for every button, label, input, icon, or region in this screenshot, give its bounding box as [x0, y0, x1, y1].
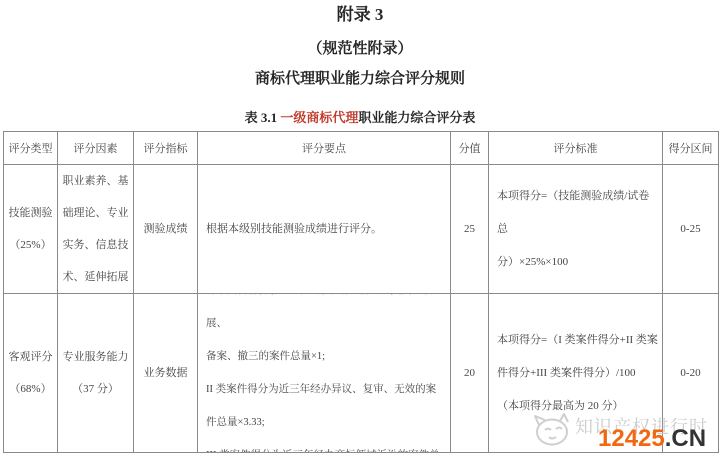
- row2-score-value: 20: [451, 294, 489, 453]
- watermark-site-url: 12425.CN: [598, 425, 706, 453]
- rules-title: 商标代理职业能力综合评分规则: [0, 70, 720, 88]
- row1-score-indicator: 测验成绩: [134, 165, 198, 294]
- table-header-score-points: 评分要点: [198, 132, 451, 165]
- table-header-score-factor: 评分因素: [58, 132, 134, 165]
- row1-score-standard: 本项得分=（技能测验成绩/试卷总 分）×25%×100: [489, 165, 663, 294]
- document-page: 附录 3 （规范性附录） 商标代理职业能力综合评分规则 表 3.1 一级商标代理…: [0, 0, 720, 460]
- scoring-table: 评分类型 评分因素 评分指标 评分要点 分值 评分标准 得分区间 技能测验 （2…: [3, 131, 719, 453]
- appendix-title: 附录 3: [0, 5, 720, 25]
- row1-score-value: 25: [451, 165, 489, 294]
- row1-score-range: 0-25: [663, 165, 719, 294]
- table-header-score-range: 得分区间: [663, 132, 719, 165]
- table-header-score-standard: 评分标准: [489, 132, 663, 165]
- table-caption-highlight: 一级商标代理: [280, 110, 358, 125]
- row2-score-points: I 类案件得分为近三年经办申请、转让、变更、续展、 备案、撤三的案件总量×1; …: [198, 294, 451, 453]
- table-caption-suffix: 职业能力综合评分表: [358, 110, 475, 125]
- row1-score-type: 技能测验 （25%）: [4, 165, 58, 294]
- appendix-subtitle: （规范性附录）: [0, 40, 720, 58]
- table-caption-prefix: 表 3.1: [245, 110, 281, 125]
- panda-logo-icon: [530, 411, 572, 447]
- table-header-score-indicator: 评分指标: [134, 132, 198, 165]
- row2-score-factor: 专业服务能力 （37 分）: [58, 294, 134, 453]
- table-header-score-type: 评分类型: [4, 132, 58, 165]
- row1-score-factor: 职业素养、基 础理论、专业 实务、信息技 术、延伸拓展: [58, 165, 134, 294]
- watermark-site-number: 12425: [598, 425, 665, 452]
- table-header-score-value: 分值: [451, 132, 489, 165]
- row2-score-type: 客观评分 （68%）: [4, 294, 58, 453]
- watermark-site-tld: .CN: [665, 425, 706, 452]
- table-caption: 表 3.1 一级商标代理职业能力综合评分表: [0, 107, 720, 126]
- row2-score-indicator: 业务数据: [134, 294, 198, 453]
- row1-score-points: 根据本级别技能测验成绩进行评分。: [198, 165, 451, 294]
